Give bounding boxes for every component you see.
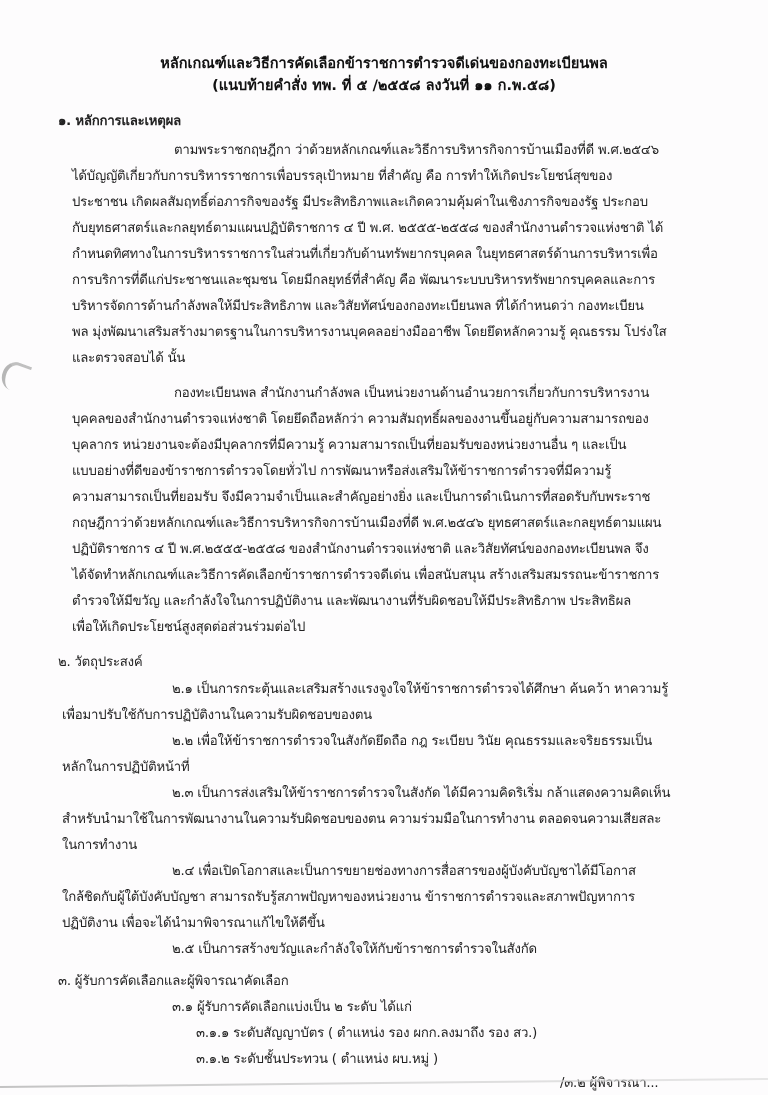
section1-para1-line: การบริการที่ดีแก่ประชาชนและชุมชน โดยมีกล…	[72, 269, 655, 290]
section1-para2-line: ได้จัดทำหลักเกณฑ์และวิธีการคัดเลือกข้ารา…	[72, 564, 659, 585]
section1-para2-line: บุคคลของสำนักงานตำรวจแห่งชาติ โดยยึดถือห…	[72, 408, 649, 429]
section1-heading: ๑. หลักการและเหตุผล	[58, 110, 181, 131]
objective-item: ๒.๕ เป็นการสร้างขวัญและกำลังใจให้กับข้าร…	[172, 938, 537, 959]
objective-item: ๒.๓ เป็นการส่งเสริมให้ข้าราชการตำรวจในสั…	[172, 782, 670, 803]
section1-para2-line: กฤษฎีกาว่าด้วยหลักเกณฑ์และวิธีการบริหารก…	[72, 512, 661, 533]
section1-para2-line: ตำรวจให้มีขวัญ และกำลังใจในการปฏิบัติงาน…	[72, 590, 631, 611]
document-page: หลักเกณฑ์และวิธีการคัดเลือกข้าราชการตำรว…	[0, 0, 768, 1095]
punch-hole-mark	[0, 358, 32, 394]
section1-para1-line: บริหารจัดการด้านกำลังพลให้มีประสิทธิภาพ …	[72, 295, 644, 316]
document-subtitle: (แนบท้ายคำสั่ง ทพ. ที่ ๕ /๒๕๕๘ ลงวันที่ …	[0, 74, 768, 97]
section1-para2-line: ความสามารถเป็นที่ยอมรับ จึงมีความจำเป็นแ…	[72, 486, 650, 507]
section3-heading: ๓. ผู้รับการคัดเลือกและผู้พิจารณาคัดเลือ…	[58, 970, 289, 991]
section1-para1-line: กับยุทธศาสตร์และกลยุทธ์ตามแผนปฏิบัติราชก…	[72, 217, 663, 238]
objective-item: ๒.๑ เป็นการกระตุ้นและเสริมสร้างแรงจูงใจใ…	[172, 678, 668, 699]
objective-item: ๒.๔ เพื่อเปิดโอกาสและเป็นการขยายช่องทางก…	[172, 860, 636, 881]
continuation-note: /๓.๒ ผู้พิจารณา...	[560, 1072, 658, 1093]
section3-sub1: ๓.๑ ผู้รับการคัดเลือกแบ่งเป็น ๒ ระดับ ได…	[172, 996, 412, 1017]
section1-para1-line: ตามพระราชกฤษฎีกา ว่าด้วยหลักเกณฑ์และวิธี…	[174, 139, 659, 160]
section1-para2-line: ปฏิบัติราชการ ๔ ปี พ.ศ.๒๕๕๕-๒๕๕๘ ของสำนั…	[72, 538, 649, 559]
section2-heading: ๒. วัตถุประสงค์	[58, 651, 142, 672]
objective-item-cont: หลักในการปฏิบัติหน้าที่	[62, 756, 189, 777]
document-title: หลักเกณฑ์และวิธีการคัดเลือกข้าราชการตำรว…	[0, 52, 768, 75]
section1-para1-line: ประชาชน เกิดผลสัมฤทธิ์ต่อภารกิจของรัฐ มี…	[72, 191, 648, 212]
objective-item: ๒.๒ เพื่อให้ข้าราชการตำรวจในสังกัดยึดถือ…	[172, 730, 652, 751]
objective-item-cont: ใกล้ชิดกับผู้ใต้บังคับบัญชา สามารถรับรู้…	[62, 886, 635, 907]
objective-item-cont: เพื่อมาปรับใช้กับการปฏิบัติงานในความรับผ…	[62, 704, 372, 725]
section1-para1-line: พล มุ่งพัฒนาเสริมสร้างมาตรฐานในการบริหาร…	[72, 321, 667, 342]
objective-item-cont: สำหรับนำมาใช้ในการพัฒนางานในความรับผิดชอ…	[62, 808, 661, 829]
section3-sub1-1: ๓.๑.๑ ระดับสัญญาบัตร ( ตำแหน่ง รอง ผกก.ล…	[196, 1022, 537, 1043]
section3-sub1-2: ๓.๑.๒ ระดับชั้นประทวน ( ตำแหน่ง ผบ.หมู่ …	[196, 1048, 438, 1069]
objective-item-cont: ปฏิบัติงาน เพื่อจะได้นำมาพิจารณาแก้ไขให้…	[62, 912, 325, 933]
section1-para2-line: บุคลากร หน่วยงานจะต้องมีบุคลากรที่มีความ…	[72, 434, 626, 455]
section1-para1-line: ได้บัญญัติเกี่ยวกับการบริหารราชการเพื่อบ…	[72, 165, 612, 186]
objective-item-cont: ในการทำงาน	[62, 834, 137, 855]
section1-para1-line: และตรวจสอบได้ นั้น	[72, 347, 185, 368]
section1-para2-line: กองทะเบียนพล สำนักงานกำลังพล เป็นหน่วยงา…	[174, 382, 649, 403]
section1-para2-line: แบบอย่างที่ดีของข้าราชการตำรวจโดยทั่วไป …	[72, 460, 611, 481]
section1-para2-line: เพื่อให้เกิดประโยชน์สูงสุดต่อส่วนร่วมต่อ…	[72, 616, 305, 637]
section1-para1-line: กำหนดทิศทางในการบริหารราชการในส่วนที่เกี…	[72, 243, 658, 264]
